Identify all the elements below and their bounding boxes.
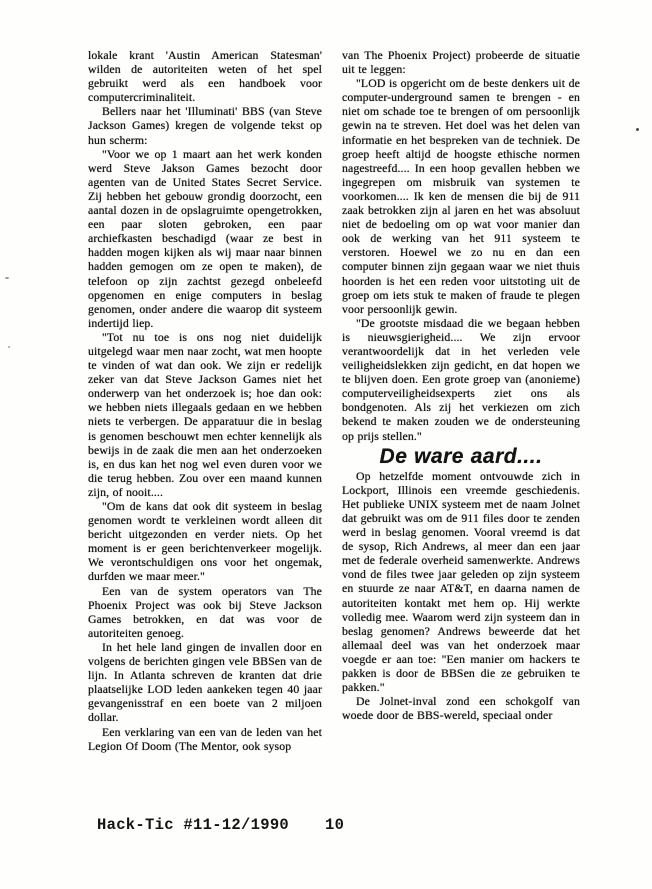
paragraph-left-1: lokale krant 'Austin American Statesman'… xyxy=(88,48,322,104)
paragraph-left-5: "Om de kans dat ook dit systeem in besla… xyxy=(88,499,322,584)
section-heading: De ware aard.... xyxy=(342,450,580,464)
paragraph-right-3: "De grootste misdaad die we begaan hebbe… xyxy=(342,316,580,443)
paragraph-left-2: Bellers naar het 'Illuminati' BBS (van S… xyxy=(88,104,322,146)
scan-speck xyxy=(636,128,639,131)
paragraph-right-4: Op hetzelfde moment ontvouwde zich in Lo… xyxy=(342,469,580,695)
scan-speck xyxy=(5,277,9,279)
journal-issue: Hack-Tic #11-12/1990 xyxy=(97,816,289,834)
paragraph-left-3: "Voor we op 1 maart aan het werk konden … xyxy=(88,147,322,330)
paragraph-right-5: De Jolnet-inval zond een schokgolf van w… xyxy=(342,694,580,722)
paragraph-left-7: In het hele land gingen de invallen door… xyxy=(88,640,322,725)
left-column: lokale krant 'Austin American Statesman'… xyxy=(88,48,322,753)
page-footer: Hack-Tic #11-12/1990 10 xyxy=(97,816,397,834)
paragraph-left-6: Een van de system operators van The Phoe… xyxy=(88,584,322,640)
scan-speck xyxy=(8,346,10,348)
right-column: van The Phoenix Project) probeerde de si… xyxy=(342,48,580,722)
paragraph-right-1: van The Phoenix Project) probeerde de si… xyxy=(342,48,580,76)
page-number: 10 xyxy=(325,816,344,834)
paragraph-left-4: "Tot nu toe is ons nog niet duidelijk ui… xyxy=(88,330,322,499)
scanned-magazine-page: lokale krant 'Austin American Statesman'… xyxy=(0,0,652,889)
paragraph-left-8: Een verklaring van een van de leden van … xyxy=(88,725,322,753)
paragraph-right-2: "LOD is opgericht om de beste denkers ui… xyxy=(342,76,580,316)
